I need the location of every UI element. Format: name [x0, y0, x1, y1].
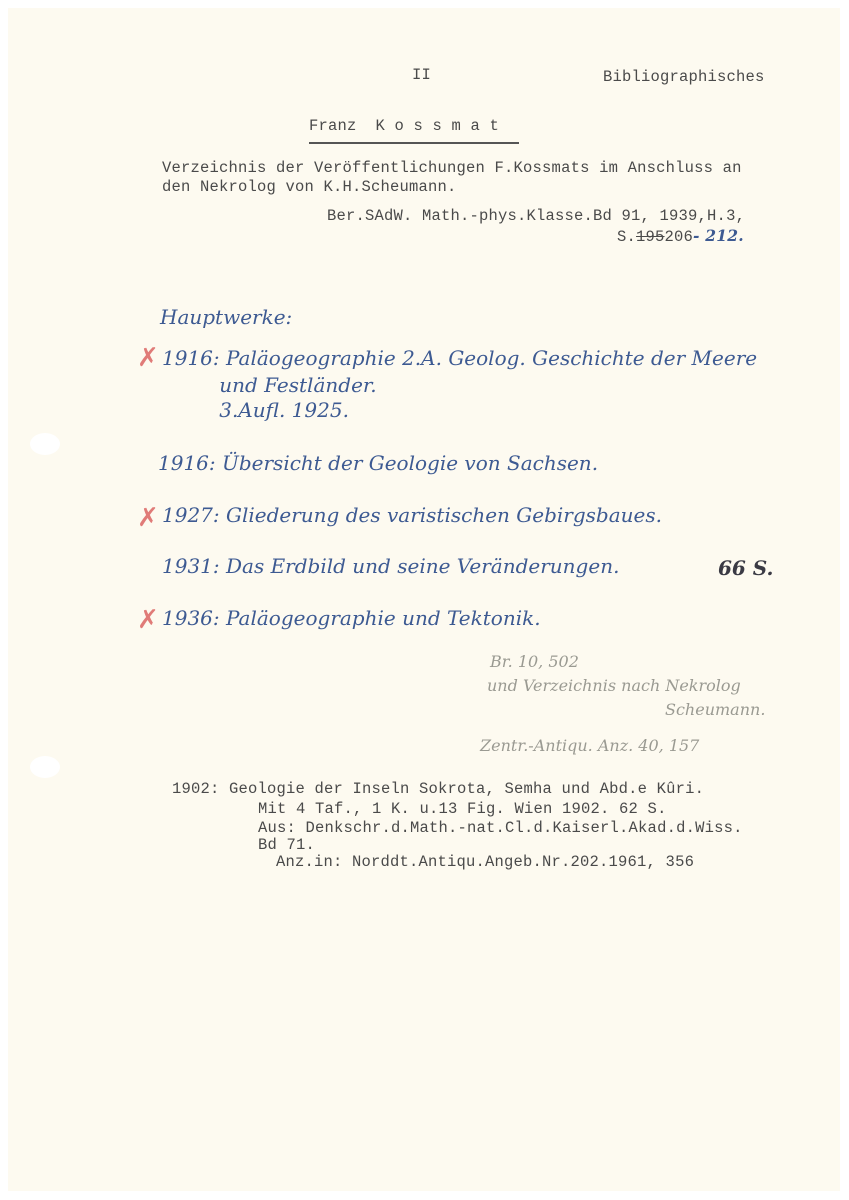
- handwritten-entry-2: 1916: Übersicht der Geologie von Sachsen…: [158, 451, 598, 475]
- page-range: S.195206- 212.: [617, 226, 744, 246]
- handwritten-entry-4: 1931: Das Erdbild und seine Veränderunge…: [162, 554, 619, 578]
- red-x-mark-icon: ✗: [137, 607, 159, 633]
- intro-line-2: den Nekrolog von K.H.Scheumann.: [162, 178, 457, 196]
- handwritten-entry-5: 1936: Paläogeographie und Tektonik.: [162, 606, 541, 630]
- punch-hole-top: [30, 433, 60, 455]
- entry-1902-line-3: Aus: Denkschr.d.Math.-nat.Cl.d.Kaiserl.A…: [258, 819, 743, 837]
- pencil-note-1: Br. 10, 502: [490, 652, 579, 671]
- handwritten-entry-1-line-3: 3.Aufl. 1925.: [162, 398, 349, 422]
- page-number: II: [412, 66, 431, 84]
- red-x-mark-icon: ✗: [137, 345, 159, 371]
- title-underline: [309, 142, 519, 144]
- entry-1902-line-2: Mit 4 Taf., 1 K. u.13 Fig. Wien 1902. 62…: [258, 800, 667, 818]
- pages-end-handwritten: - 212.: [693, 226, 744, 245]
- entry-1902-line-1: 1902: Geologie der Inseln Sokrota, Semha…: [172, 780, 704, 798]
- handwritten-entry-3: 1927: Gliederung des varistischen Gebirg…: [162, 503, 662, 527]
- entry-1902-line-4: Bd 71.: [258, 836, 315, 854]
- handwritten-heading: Hauptwerke:: [160, 305, 292, 329]
- pencil-note-4: Zentr.-Antiqu. Anz. 40, 157: [480, 736, 699, 755]
- pages-prefix: S.: [617, 228, 636, 246]
- punch-hole-bottom: [30, 756, 60, 778]
- source-citation: Ber.SAdW. Math.-phys.Klasse.Bd 91, 1939,…: [327, 207, 745, 225]
- handwritten-entry-4-note: 66 S.: [718, 556, 774, 580]
- intro-line-1: Verzeichnis der Veröffentlichungen F.Kos…: [162, 159, 742, 177]
- entry-1902-line-5: Anz.in: Norddt.Antiqu.Angeb.Nr.202.1961,…: [276, 853, 694, 871]
- page-title: Franz K o s s m a t: [309, 117, 499, 135]
- pages-start: 206: [665, 228, 694, 246]
- section-heading: Bibliographisches: [603, 68, 765, 86]
- pencil-note-3: Scheumann.: [665, 700, 765, 719]
- red-x-mark-icon: ✗: [137, 505, 159, 531]
- handwritten-entry-1-line-2: und Festländer.: [162, 373, 377, 397]
- handwritten-entry-1-line-1: 1916: Paläogeographie 2.A. Geolog. Gesch…: [162, 346, 757, 370]
- pencil-note-2: und Verzeichnis nach Nekrolog: [487, 676, 741, 695]
- pages-struck: 195: [636, 228, 665, 246]
